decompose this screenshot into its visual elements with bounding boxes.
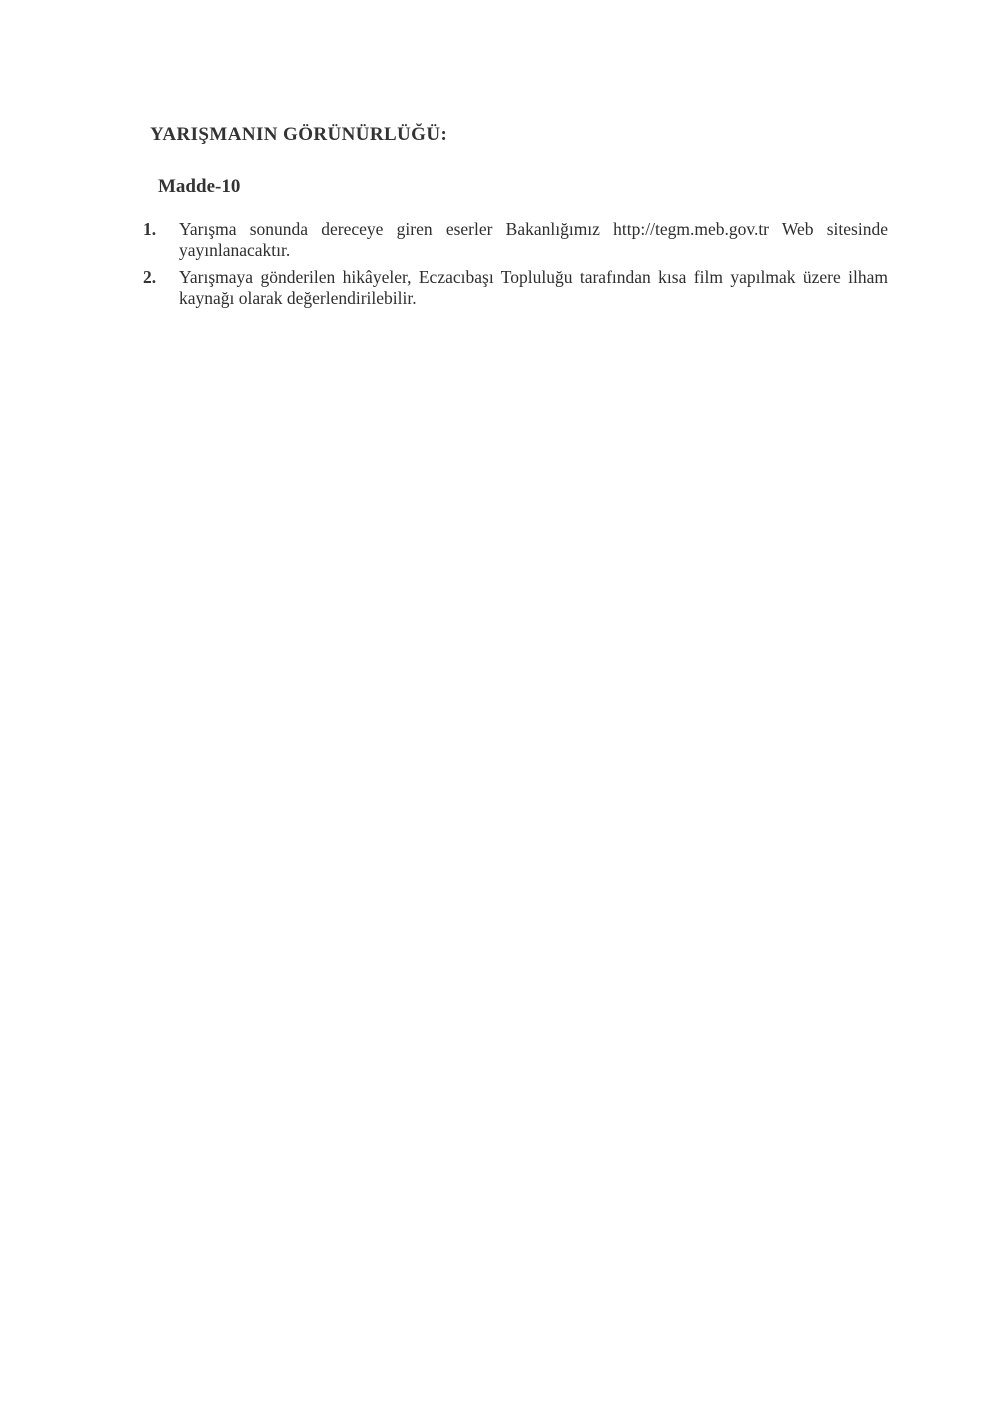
section-title: YARIŞMANIN GÖRÜNÜRLÜĞÜ: xyxy=(150,124,447,146)
document-page: YARIŞMANIN GÖRÜNÜRLÜĞÜ: Madde-10 1. Yarı… xyxy=(0,0,1000,1414)
item-number: 2. xyxy=(143,267,156,288)
list-item: 2. Yarışmaya gönderilen hikâyeler, Eczac… xyxy=(143,267,888,309)
list-item: 1. Yarışma sonunda dereceye giren eserle… xyxy=(143,219,888,261)
article-items-list: 1. Yarışma sonunda dereceye giren eserle… xyxy=(143,219,888,315)
item-text: Yarışma sonunda dereceye giren eserler B… xyxy=(179,219,888,261)
article-label: Madde-10 xyxy=(158,176,240,198)
item-text: Yarışmaya gönderilen hikâyeler, Eczacıba… xyxy=(179,267,888,309)
item-number: 1. xyxy=(143,219,156,240)
